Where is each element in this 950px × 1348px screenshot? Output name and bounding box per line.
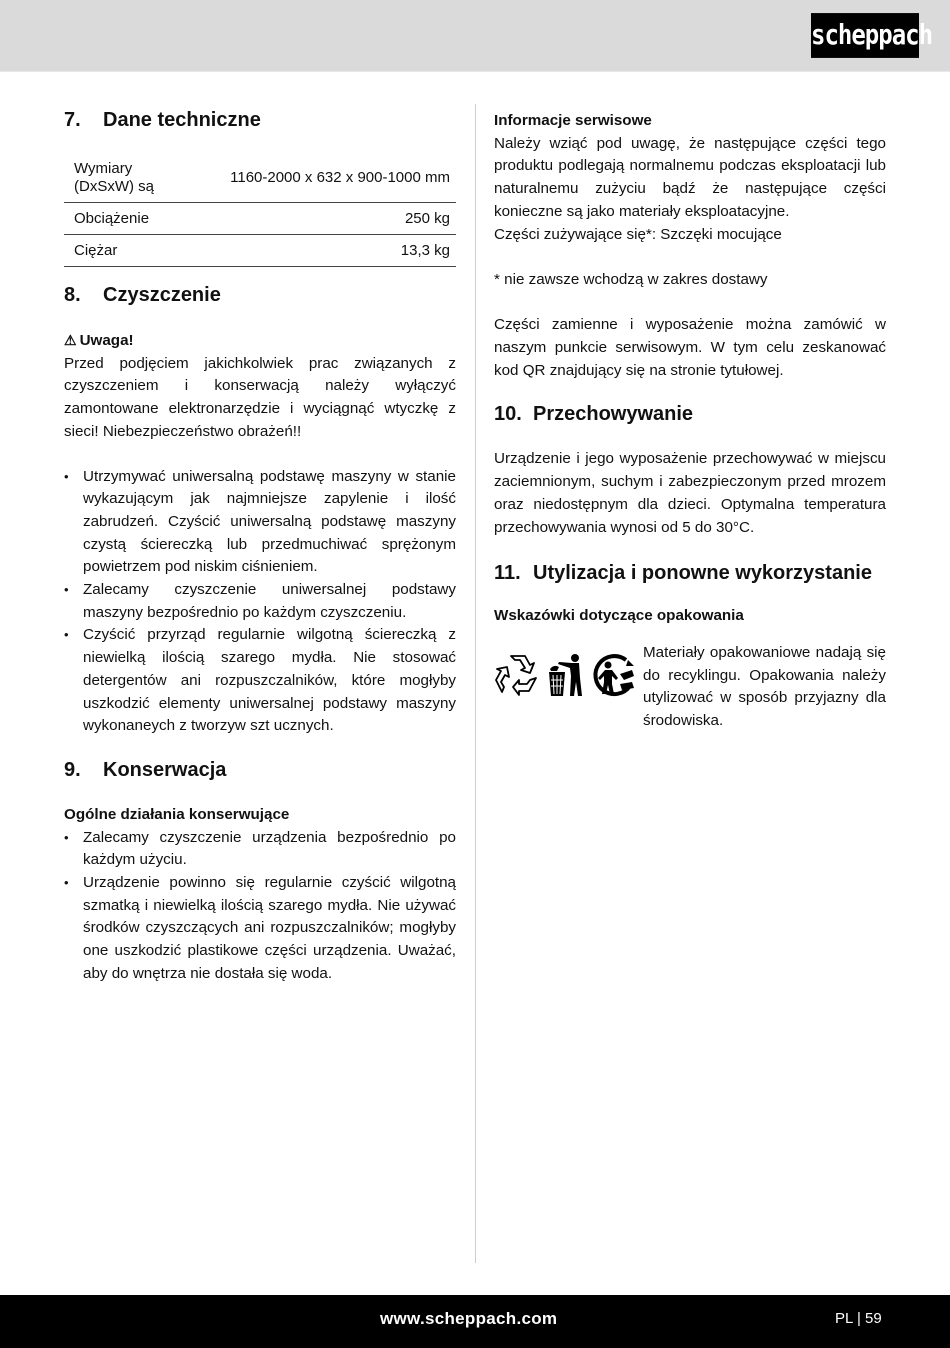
warning-title: ⚠Uwaga!: [64, 329, 456, 353]
footnote: * nie zawsze wchodzą w zakres dostawy: [494, 269, 886, 292]
wear-parts: Części zużywające się*: Szczęki mocujące: [494, 224, 886, 247]
table-row: Wymiary (DxSxW) są 1160-2000 x 632 x 900…: [64, 153, 456, 203]
section-9-heading: 9. Konserwacja: [64, 756, 456, 784]
technical-data-table: Wymiary (DxSxW) są 1160-2000 x 632 x 900…: [64, 153, 456, 267]
service-text: Należy wziąć pod uwagę, że następujące c…: [494, 133, 886, 224]
left-column: 7. Dane techniczne Wymiary (DxSxW) są 11…: [64, 104, 456, 986]
list-item: Utrzymywać uniwersalną podstawę maszyny …: [64, 466, 456, 580]
warning-triangle-icon: ⚠: [64, 332, 77, 348]
list-item: Urządzenie powinno się regularnie czyści…: [64, 872, 456, 986]
spec-label: Obciążenie: [64, 203, 190, 235]
recycling-person-icon: [590, 652, 636, 698]
tidy-man-bin-icon: [546, 652, 586, 698]
recycle-icon: [494, 652, 542, 698]
footer-url[interactable]: www.scheppach.com: [380, 1309, 557, 1329]
list-item: Zalecamy czyszczenie urządzenia bezpośre…: [64, 827, 456, 872]
footer: www.scheppach.com PL | 59: [0, 1295, 950, 1348]
packaging-subtitle: Wskazówki dotyczące opakowania: [494, 605, 886, 628]
scheppach-logo: scheppach: [811, 13, 919, 58]
table-row: Ciężar 13,3 kg: [64, 235, 456, 267]
spec-value: 250 kg: [190, 203, 456, 235]
section-8-heading: 8. Czyszczenie: [64, 281, 456, 309]
column-divider: [475, 104, 476, 1263]
section-11-heading: 11. Utylizacja i ponowne wykorzystanie: [494, 559, 886, 587]
cleaning-list: Utrzymywać uniwersalną podstawę maszyny …: [64, 466, 456, 738]
spec-value: 13,3 kg: [190, 235, 456, 267]
list-item: Zalecamy czyszczenie uniwersalnej podsta…: [64, 579, 456, 624]
packaging-text: Materiały opakowaniowe nadają się do rec…: [643, 642, 886, 733]
service-title: Informacje serwisowe: [494, 110, 886, 133]
section-10-heading: 10. Przechowywanie: [494, 400, 886, 428]
spare-parts-text: Części zamienne i wyposażenie można zamó…: [494, 314, 886, 382]
header-band: scheppach: [0, 0, 950, 72]
page-number: PL | 59: [835, 1310, 882, 1327]
warning-block: ⚠Uwaga! Przed podjęciem jakichkolwiek pr…: [64, 329, 456, 444]
packaging-icons: [494, 642, 643, 733]
spec-label: Wymiary (DxSxW) są: [64, 153, 190, 203]
section-7-heading: 7. Dane techniczne: [64, 106, 456, 134]
table-row: Obciążenie 250 kg: [64, 203, 456, 235]
maintenance-list: Zalecamy czyszczenie urządzenia bezpośre…: [64, 827, 456, 986]
spec-label: Ciężar: [64, 235, 190, 267]
list-item: Czyścić przyrząd regularnie wilgotną ści…: [64, 624, 456, 738]
maintenance-subtitle: Ogólne działania konserwujące: [64, 804, 456, 827]
spec-value: 1160-2000 x 632 x 900-1000 mm: [190, 153, 456, 203]
warning-text: Przed podjęciem jakichkolwiek prac związ…: [64, 353, 456, 444]
packaging-block: Materiały opakowaniowe nadają się do rec…: [494, 642, 886, 733]
storage-text: Urządzenie i jego wyposażenie przechowyw…: [494, 448, 886, 539]
right-column: Informacje serwisowe Należy wziąć pod uw…: [494, 104, 886, 733]
